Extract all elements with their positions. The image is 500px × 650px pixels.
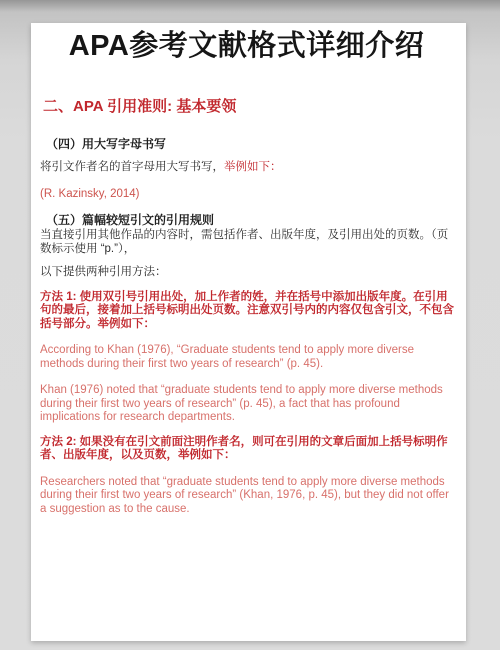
method-1-text: 方法 1: 使用双引号引用出处，加上作者的姓，并在括号中添加出版年度。在引用句的… xyxy=(40,291,454,332)
method-1-example-2: Khan (1976) noted that “graduate student… xyxy=(40,384,454,425)
subsection-4-heading: （四）用大写字母书写 xyxy=(46,137,454,151)
page-background: APA参考文献格式详细介绍 二、APA 引用准则: 基本要领 （四）用大写字母书… xyxy=(0,0,500,650)
method-1-example-1: According to Khan (1976), “Graduate stud… xyxy=(40,344,454,371)
subsection-5-heading: （五）篇幅较短引文的引用规则 xyxy=(46,213,454,227)
capitalization-rule-text: 将引文作者名的首字母用大写书写，举例如下： xyxy=(40,161,454,175)
method-2-text: 方法 2: 如果没有在引文前面注明作者名，则可在引用的文章后面加上括号标明作者、… xyxy=(40,436,454,463)
methods-intro: 以下提供两种引用方法： xyxy=(40,266,454,280)
capitalization-rule-body: 将引文作者名的首字母用大写书写， xyxy=(40,161,224,173)
page-title: APA参考文献格式详细介绍 xyxy=(39,30,454,63)
example-label: 举例如下： xyxy=(224,161,282,173)
citation-example: (R. Kazinsky, 2014) xyxy=(40,188,454,202)
short-quote-rule-text: 当直接引用其他作品的内容时，需包括作者、出版年度，及引用出处的页数。（页数标示使… xyxy=(40,229,454,256)
article-card: APA参考文献格式详细介绍 二、APA 引用准则: 基本要领 （四）用大写字母书… xyxy=(31,23,466,641)
method-2-example-1: Researchers noted that “graduate student… xyxy=(40,476,454,517)
section-heading: 二、APA 引用准则: 基本要领 xyxy=(43,98,454,116)
